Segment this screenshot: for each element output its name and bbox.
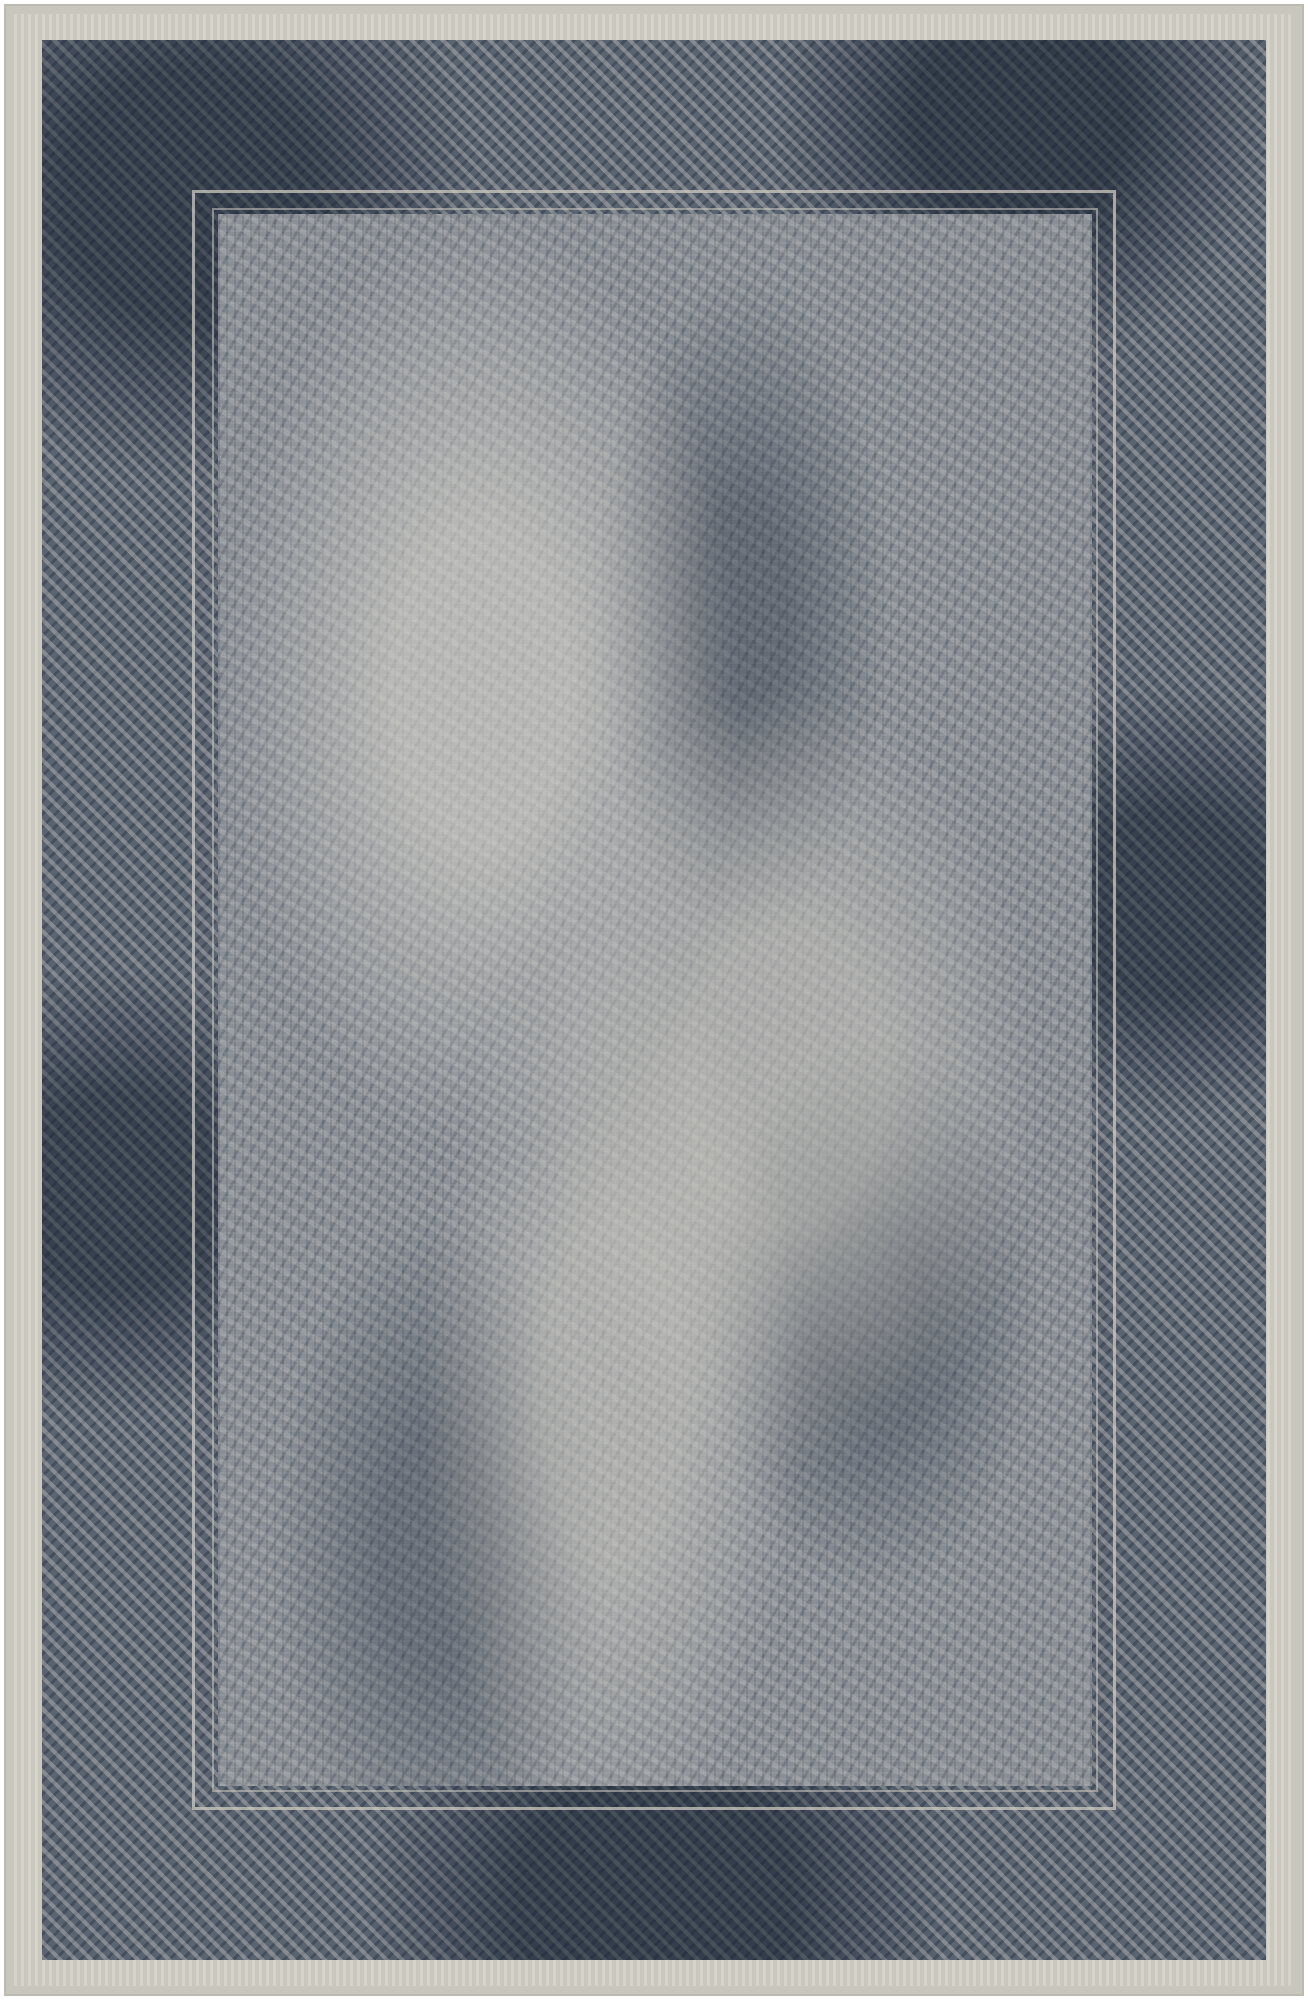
rug-border-band xyxy=(42,40,1266,1960)
rug-photo xyxy=(4,4,1304,1996)
rug-center-field xyxy=(218,214,1092,1786)
rug-outer-edge xyxy=(14,14,1294,1986)
